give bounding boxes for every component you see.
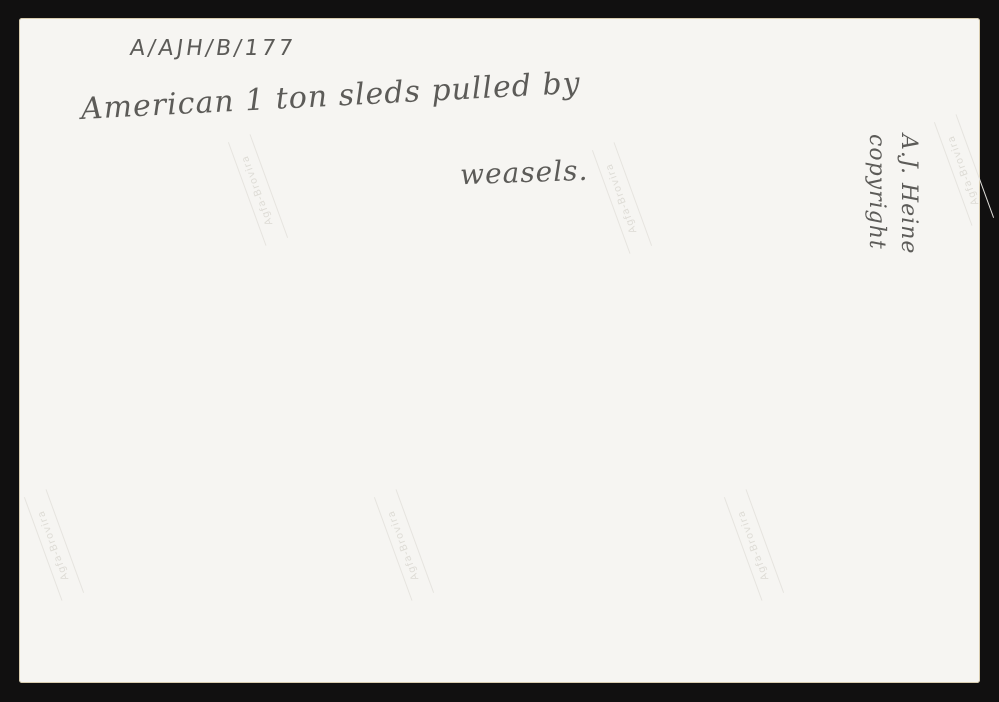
credit-name: A.J. Heine bbox=[892, 134, 924, 254]
photographer-credit: A.J. Heine copyright bbox=[860, 134, 924, 254]
credit-copyright: copyright bbox=[860, 134, 892, 254]
paper-watermark: Agfa-Brovira bbox=[592, 142, 652, 254]
paper-watermark: Agfa-Brovira bbox=[24, 489, 84, 601]
paper-watermark: Agfa-Brovira bbox=[724, 489, 784, 601]
caption-line-2: weasels. bbox=[459, 154, 588, 191]
paper-watermark: Agfa-Brovira bbox=[934, 114, 994, 226]
paper-watermark: Agfa-Brovira bbox=[374, 489, 434, 601]
reference-number: A/AJH/B/177 bbox=[128, 36, 297, 61]
paper-watermark: Agfa-Brovira bbox=[228, 134, 288, 246]
caption-line-1: American 1 ton sleds pulled by bbox=[80, 66, 581, 127]
photo-card-back: A/AJH/B/177 American 1 ton sleds pulled … bbox=[19, 18, 980, 683]
